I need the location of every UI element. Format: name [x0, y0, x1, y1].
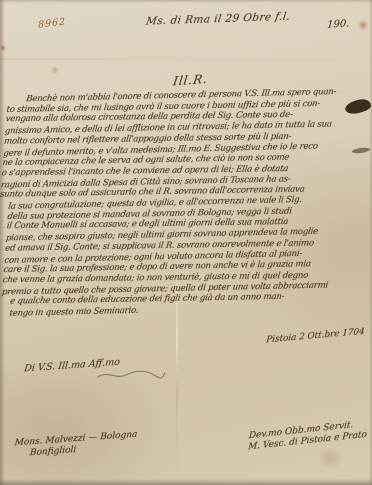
salutation: Ill.R. [172, 72, 209, 89]
pen-flourish-icon [96, 368, 166, 382]
letter-scan: 8962 Ms. di Rma il 29 Obre f.l. 190. Ill… [0, 0, 372, 485]
paper-crease-horizontal [0, 58, 372, 60]
folio-number: 190. [327, 18, 350, 30]
letter-body: Benchè non m'abbia l'onore di conoscere … [2, 87, 372, 319]
paper-edge-top [0, 0, 372, 3]
paper-edge-bottom [0, 479, 372, 485]
